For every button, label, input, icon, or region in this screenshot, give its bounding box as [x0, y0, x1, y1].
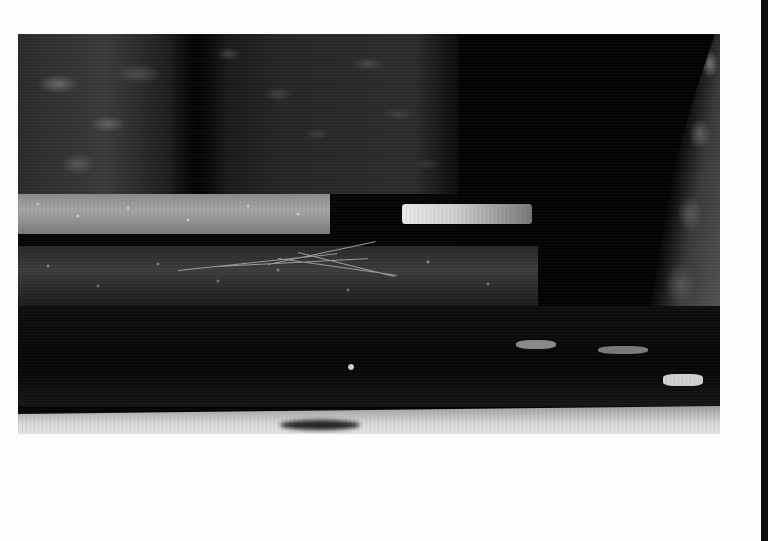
wooden-board — [18, 406, 720, 434]
stone-curb-right — [402, 204, 532, 224]
twigs — [178, 240, 418, 280]
scan-edge — [761, 0, 768, 541]
pebble — [348, 364, 354, 370]
board-stain — [280, 420, 360, 430]
photograph: Black-and-white photograph of a dark out… — [18, 34, 720, 434]
foliage-wall — [18, 34, 458, 194]
pebble — [663, 374, 703, 386]
dark-ground — [18, 306, 720, 406]
pebble — [598, 346, 648, 354]
stone-curb — [18, 194, 330, 234]
pebble — [516, 340, 556, 349]
scanned-page: Black-and-white photograph of a dark out… — [0, 0, 768, 541]
wall-shadow — [168, 34, 228, 204]
